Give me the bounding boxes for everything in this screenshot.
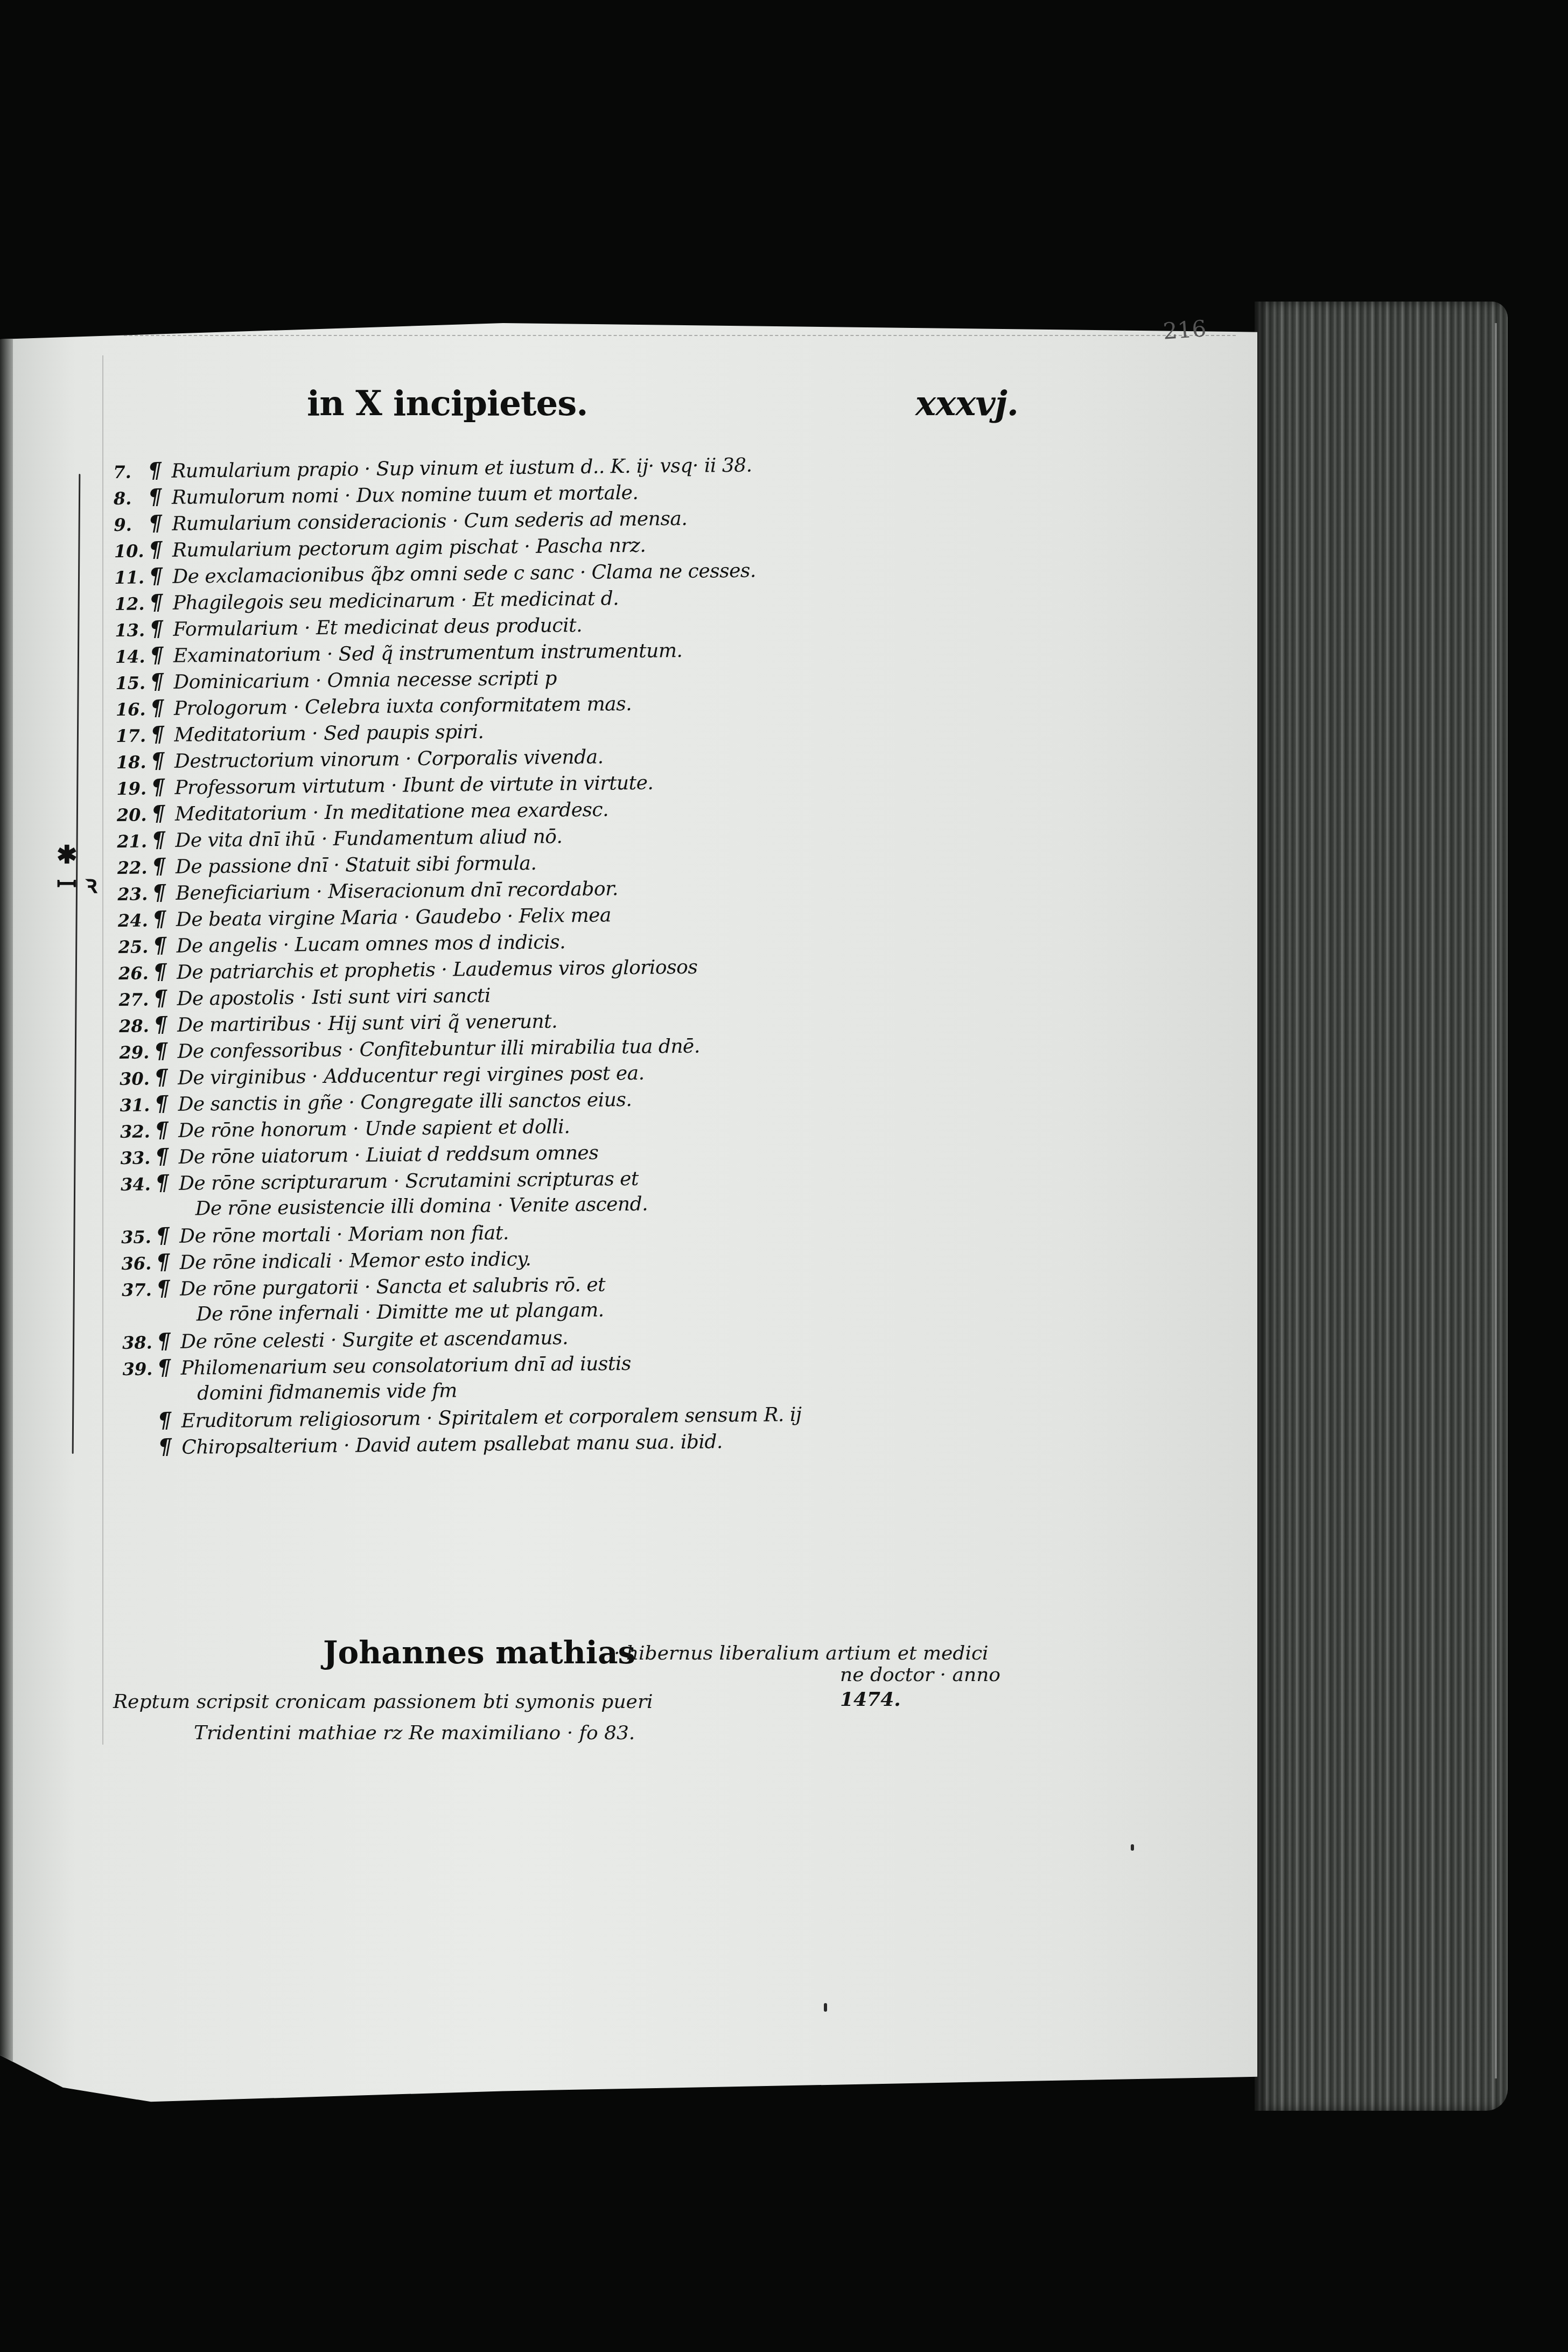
pilcrow-icon: ¶ [156, 1222, 180, 1249]
pilcrow-icon: ¶ [151, 774, 175, 800]
entry-number: 31. [120, 1092, 155, 1119]
pilcrow-icon: ¶ [153, 1011, 178, 1038]
asterisk-mark-icon: ✱ [57, 840, 78, 869]
pilcrow-icon: ¶ [152, 853, 176, 879]
entry-number: 25. [118, 934, 153, 961]
entry-text: De patriarchis et prophetis · Laudemus v… [177, 954, 698, 986]
pilcrow-icon: ¶ [150, 695, 174, 721]
pilcrow-icon: ¶ [148, 510, 172, 536]
entry-number: 24. [118, 907, 153, 934]
ink-speck [1131, 1844, 1134, 1851]
entry-continuation-text: De rōne infernali · Dimitte me ut planga… [196, 1297, 604, 1328]
entry-number: 9. [114, 512, 149, 538]
entry-text: Philomenarium seu consolatorium dnī ad i… [180, 1350, 631, 1382]
entry-number: 16. [116, 696, 151, 723]
nota-mark-icon: ꟷ ꝛ [57, 867, 97, 900]
colophon-title: · hibernus liberalium artium et medici [614, 1642, 989, 1664]
pilcrow-icon: ¶ [152, 879, 176, 906]
entry-number: 28. [119, 1013, 154, 1040]
pilcrow-icon: ¶ [148, 484, 172, 510]
entry-number: 27. [118, 986, 153, 1013]
pilcrow-icon: ¶ [157, 1328, 181, 1354]
entry-text: De rōne uiatorum · Liuiat d reddsum omne… [178, 1140, 598, 1171]
running-header-title: in X incipietes. [307, 383, 588, 424]
entry-number: 15. [115, 670, 150, 697]
entry-text: De rōne celesti · Surgite et ascendamus. [180, 1325, 568, 1355]
pilcrow-icon: ¶ [149, 563, 173, 589]
entry-number: 18. [116, 749, 151, 776]
entry-number: 30. [120, 1066, 155, 1093]
entry-number: 12. [115, 591, 150, 618]
colophon-note-line-2: Tridentini mathiae rz Re maximiliano · f… [194, 1722, 635, 1744]
entry-text: Formularium · Et medicinat deus producit… [173, 612, 582, 643]
entry-text: Dominicarium · Omnia necesse scripti p [173, 665, 557, 695]
entry-text: De rōne honorum · Unde sapient et dolli. [178, 1114, 570, 1144]
pilcrow-icon: ¶ [149, 589, 173, 615]
pilcrow-icon: ¶ [148, 457, 172, 484]
entry-number: 26. [118, 960, 153, 987]
entry-number: 22. [117, 855, 152, 881]
colophon-name: Johannes mathias [323, 1634, 635, 1671]
pilcrow-icon: ¶ [157, 1407, 181, 1433]
entry-text: De passione dnī · Statuit sibi formula. [176, 850, 537, 880]
pilcrow-icon: ¶ [157, 1354, 181, 1381]
pilcrow-icon: ¶ [152, 932, 177, 958]
colophon-note-line-1: Reptum scripsit cronicam passionem bti s… [113, 1691, 653, 1713]
running-header-numeral: xxxvj. [915, 383, 1018, 424]
pilcrow-icon: ¶ [156, 1275, 180, 1301]
pilcrow-icon: ¶ [151, 827, 176, 853]
entry-number: 11. [114, 564, 149, 591]
pilcrow-icon: ¶ [152, 906, 177, 932]
entry-text: De apostolis · Isti sunt viri sancti [177, 983, 491, 1012]
pilcrow-icon: ¶ [156, 1249, 180, 1275]
pilcrow-icon: ¶ [154, 1064, 178, 1090]
pilcrow-icon: ¶ [153, 958, 177, 985]
entry-number: 32. [120, 1118, 155, 1145]
entry-number: 23. [117, 881, 152, 908]
pilcrow-icon: ¶ [151, 747, 175, 774]
entry-text: De beata virgine Maria · Gaudebo · Felix… [176, 902, 611, 933]
pilcrow-icon: ¶ [150, 721, 174, 747]
pilcrow-icon: ¶ [158, 1433, 182, 1460]
entry-number: 29. [119, 1039, 154, 1066]
entry-text: Destructorium vinorum · Corporalis viven… [174, 744, 604, 774]
entry-continuation-text: De rōne eusistencie illi domina · Venite… [195, 1191, 648, 1222]
ink-speck [824, 2003, 827, 2012]
book-fore-edge [1255, 302, 1508, 2111]
entry-text: De martiribus · Hij sunt viri q̃ venerun… [177, 1008, 558, 1038]
entry-number: 34. [121, 1171, 156, 1198]
entry-text: De vita dnī ihū · Fundamentum aliud nō. [175, 823, 562, 854]
pilcrow-icon: ¶ [154, 1090, 178, 1117]
pilcrow-icon: ¶ [153, 1038, 178, 1064]
entry-continuation-text: domini fidmanemis vide fm [197, 1377, 457, 1406]
entry-number: 36. [121, 1250, 156, 1277]
entry-text: Meditatorium · In meditatione mea exarde… [175, 796, 609, 827]
entry-number: 19. [116, 775, 151, 802]
entry-text: Phagilegois seu medicinarum · Et medicin… [173, 585, 619, 617]
pilcrow-icon: ¶ [155, 1117, 179, 1143]
entry-number: 14. [115, 643, 150, 670]
pilcrow-icon: ¶ [150, 642, 174, 668]
pilcrow-icon: ¶ [150, 668, 174, 695]
top-ruling [124, 335, 1236, 337]
entry-text: Meditatorium · Sed paupis spiri. [174, 719, 484, 748]
entry-number: 17. [116, 723, 151, 750]
colophon-degree: ne doctor · anno [840, 1664, 1000, 1686]
entry-number: 35. [121, 1224, 156, 1251]
entry-number: 21. [117, 828, 152, 855]
entry-text: De sanctis in gñe · Congregate illi sanc… [178, 1087, 632, 1118]
entry-text: De angelis · Lucam omnes mos d indicis. [176, 929, 565, 960]
pilcrow-icon: ¶ [149, 536, 173, 563]
entry-number: 8. [114, 485, 149, 512]
folio-number: 216 [1162, 315, 1207, 344]
entry-number: 39. [122, 1356, 157, 1383]
entry-number: 38. [122, 1329, 157, 1356]
entry-text: De virginibus · Adducentur regi virgines… [178, 1060, 645, 1091]
margin-ruling [102, 355, 103, 1745]
entry-number: 33. [120, 1145, 155, 1172]
pilcrow-icon: ¶ [155, 1170, 179, 1196]
pilcrow-icon: ¶ [153, 985, 177, 1011]
entry-number: 7. [113, 459, 148, 486]
entry-text: Beneficiarium · Miseracionum dnī recorda… [176, 876, 618, 907]
entry-text: Examinatorium · Sed q̃ instrumentum inst… [173, 638, 683, 669]
pilcrow-icon: ¶ [155, 1143, 179, 1170]
entry-text: De rōne indicali · Memor esto indicy. [179, 1246, 531, 1276]
pilcrow-icon: ¶ [149, 615, 173, 642]
entry-number: 10. [114, 538, 149, 565]
colophon-year: 1474. [840, 1688, 901, 1711]
entry-text: Prologorum · Celebra iuxta conformitatem… [174, 691, 632, 722]
pilcrow-icon: ¶ [151, 800, 176, 827]
entry-number: 13. [115, 617, 150, 644]
entry-text: De rōne mortali · Moriam non fiat. [179, 1220, 509, 1249]
entry-number: 20. [117, 802, 152, 829]
entry-number: 37. [122, 1277, 157, 1304]
table-of-contents: 7.¶Rumularium prapio · Sup vinum et iust… [113, 449, 1012, 1460]
